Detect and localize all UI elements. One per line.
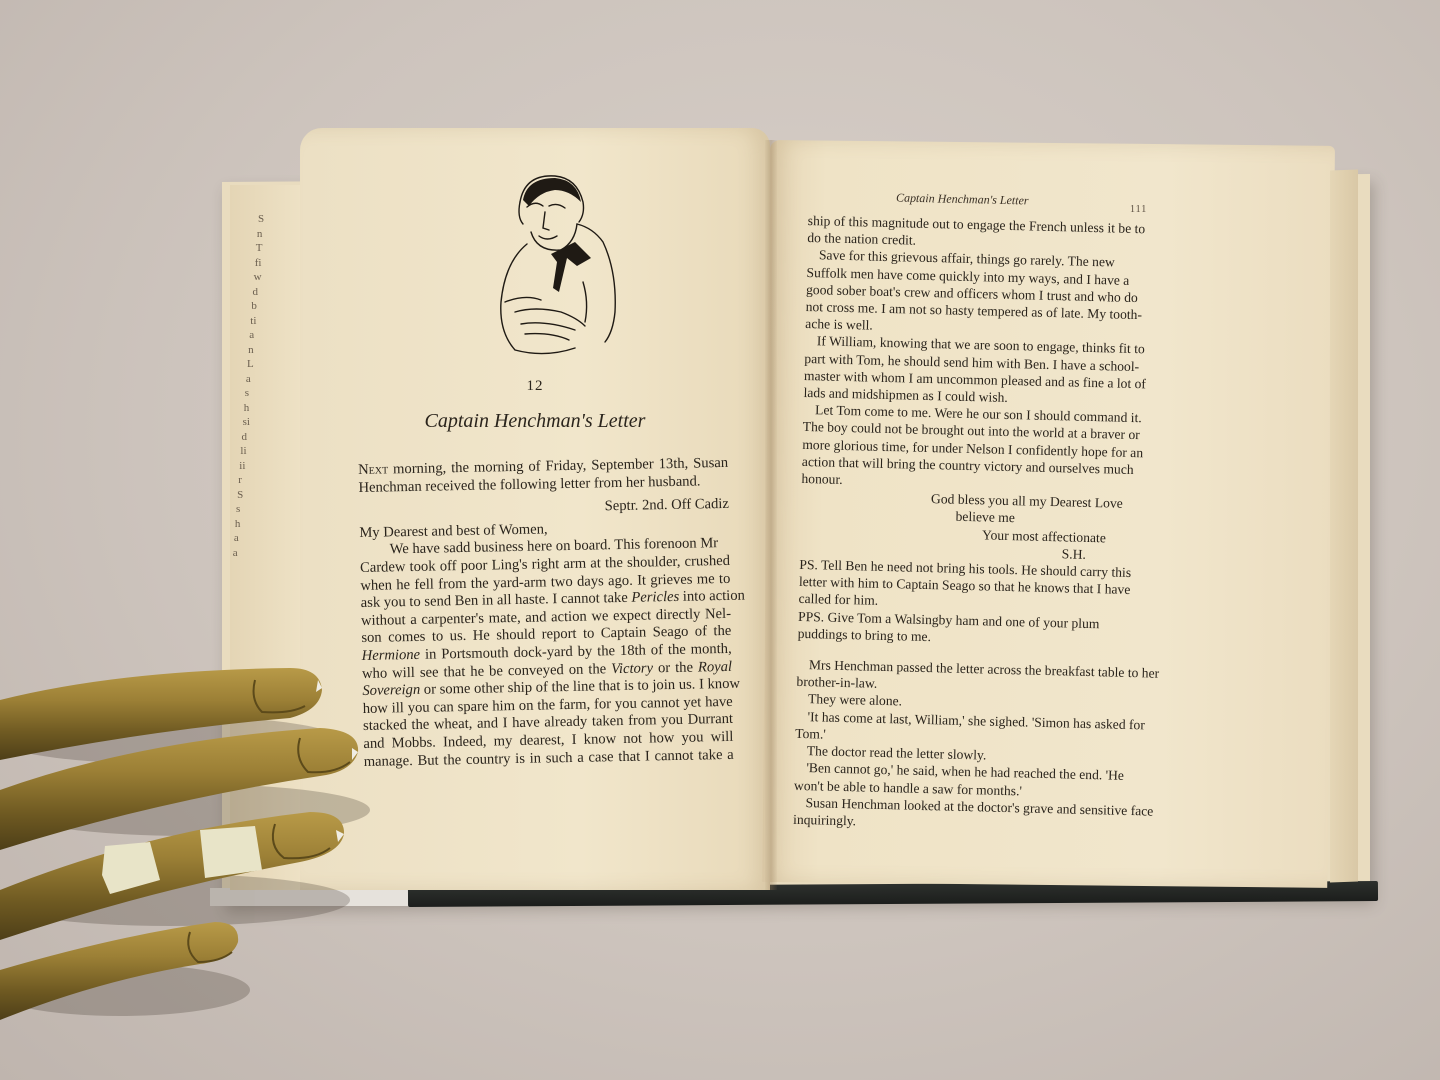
edge-letter: n xyxy=(248,343,276,358)
photo-scene: SnTfiwdbtianLashsidliiirSshaa 12 Captain xyxy=(0,0,1440,1080)
right-page-text: ship of this magnitude out to engage the… xyxy=(793,212,1153,836)
sailor-illustration xyxy=(465,162,635,362)
edge-letter: w xyxy=(254,270,276,285)
edge-letter: h xyxy=(244,401,276,416)
edge-letter: d xyxy=(242,430,277,445)
chapter-title: Captain Henchman's Letter xyxy=(300,410,770,433)
edge-letters: SnTfiwdbtianLashsidliiirSshaa xyxy=(236,212,276,560)
edge-letter: a xyxy=(233,546,276,561)
right-page-edge xyxy=(1330,170,1358,883)
gold-mannequin-hand xyxy=(0,650,420,1080)
edge-letter: a xyxy=(234,531,276,546)
edge-letter: d xyxy=(253,285,277,300)
edge-letter: n xyxy=(257,227,276,242)
edge-letter: S xyxy=(237,488,276,503)
letter-date: Septr. 2nd. Off Cadiz xyxy=(359,496,729,521)
edge-letter: si xyxy=(243,415,276,430)
edge-letter: s xyxy=(236,502,276,517)
edge-letter: a xyxy=(249,328,276,343)
edge-letter: b xyxy=(251,299,276,314)
edge-letter: s xyxy=(245,386,276,401)
running-head: Captain Henchman's Letter xyxy=(896,190,1029,208)
edge-letter: ti xyxy=(250,314,276,329)
edge-letter: h xyxy=(235,517,276,532)
edge-letter: S xyxy=(258,212,276,227)
edge-letter: ii xyxy=(239,459,276,474)
chapter-number: 12 xyxy=(300,378,770,395)
edge-letter: T xyxy=(256,241,276,256)
edge-letter: li xyxy=(240,444,276,459)
edge-letter: r xyxy=(238,473,276,488)
edge-letter: L xyxy=(247,357,276,372)
book-gutter xyxy=(765,140,777,890)
edge-letter: fi xyxy=(255,256,276,271)
page-number: 111 xyxy=(1130,204,1147,215)
edge-letter: a xyxy=(246,372,276,387)
